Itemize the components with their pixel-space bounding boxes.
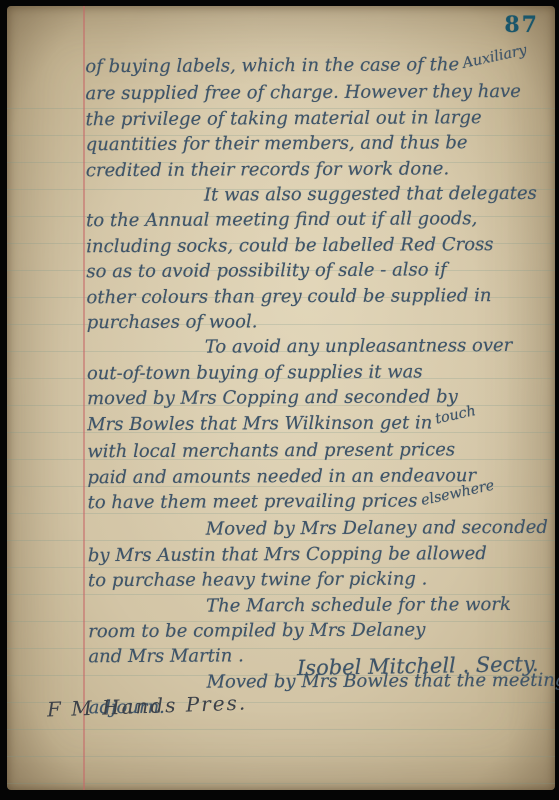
manuscript-line: To avoid any unpleasantness over [87, 333, 547, 361]
manuscript-line: with local merchants and present prices [87, 437, 547, 465]
manuscript-line: to the Annual meeting find out if all go… [86, 206, 546, 234]
notebook-page: 87 of buying labels, which in the case o… [7, 6, 555, 790]
secretary-signature: Isobel Mitchell . Secty. [297, 652, 539, 680]
manuscript-line: are supplied free of charge. However the… [85, 79, 545, 107]
manuscript-line: the privilege of taking material out in … [86, 105, 546, 133]
manuscript-line: credited in their records for work done. [86, 155, 546, 183]
minutes-text: of buying labels, which in the case of t… [85, 52, 548, 721]
manuscript-line: other colours than grey could be supplie… [86, 282, 546, 310]
manuscript-line: purchases of wool. [87, 308, 547, 336]
manuscript-line: including socks, could be labelled Red C… [86, 232, 546, 260]
manuscript-line: of buying labels, which in the case of t… [85, 52, 545, 82]
manuscript-line: out-of-town buying of supplies it was [87, 359, 547, 387]
manuscript-line: The March schedule for the work [88, 591, 548, 619]
manuscript-line: Mrs Bowles that Mrs Wilkinson get intouc… [87, 409, 547, 439]
manuscript-line: quantities for their members, and thus b… [86, 130, 546, 158]
manuscript-line: so as to avoid possibility of sale - als… [86, 257, 546, 285]
manuscript-line: by Mrs Austin that Mrs Copping be allowe… [88, 541, 548, 569]
manuscript-line: to have them meet prevailing priceselsew… [88, 488, 548, 518]
interlinear-insertion: Auxiliary [460, 38, 529, 77]
manuscript-line: Moved by Mrs Delaney and seconded [88, 515, 548, 543]
manuscript-line: It was also suggested that delegates [86, 181, 546, 209]
page-number: 87 [504, 12, 539, 38]
photo-frame: 87 of buying labels, which in the case o… [0, 0, 559, 800]
manuscript-line: to purchase heavy twine for picking . [88, 566, 548, 594]
manuscript-line: room to be compiled by Mrs Delaney [88, 617, 548, 645]
manuscript-line: moved by Mrs Copping and seconded by [87, 384, 547, 412]
